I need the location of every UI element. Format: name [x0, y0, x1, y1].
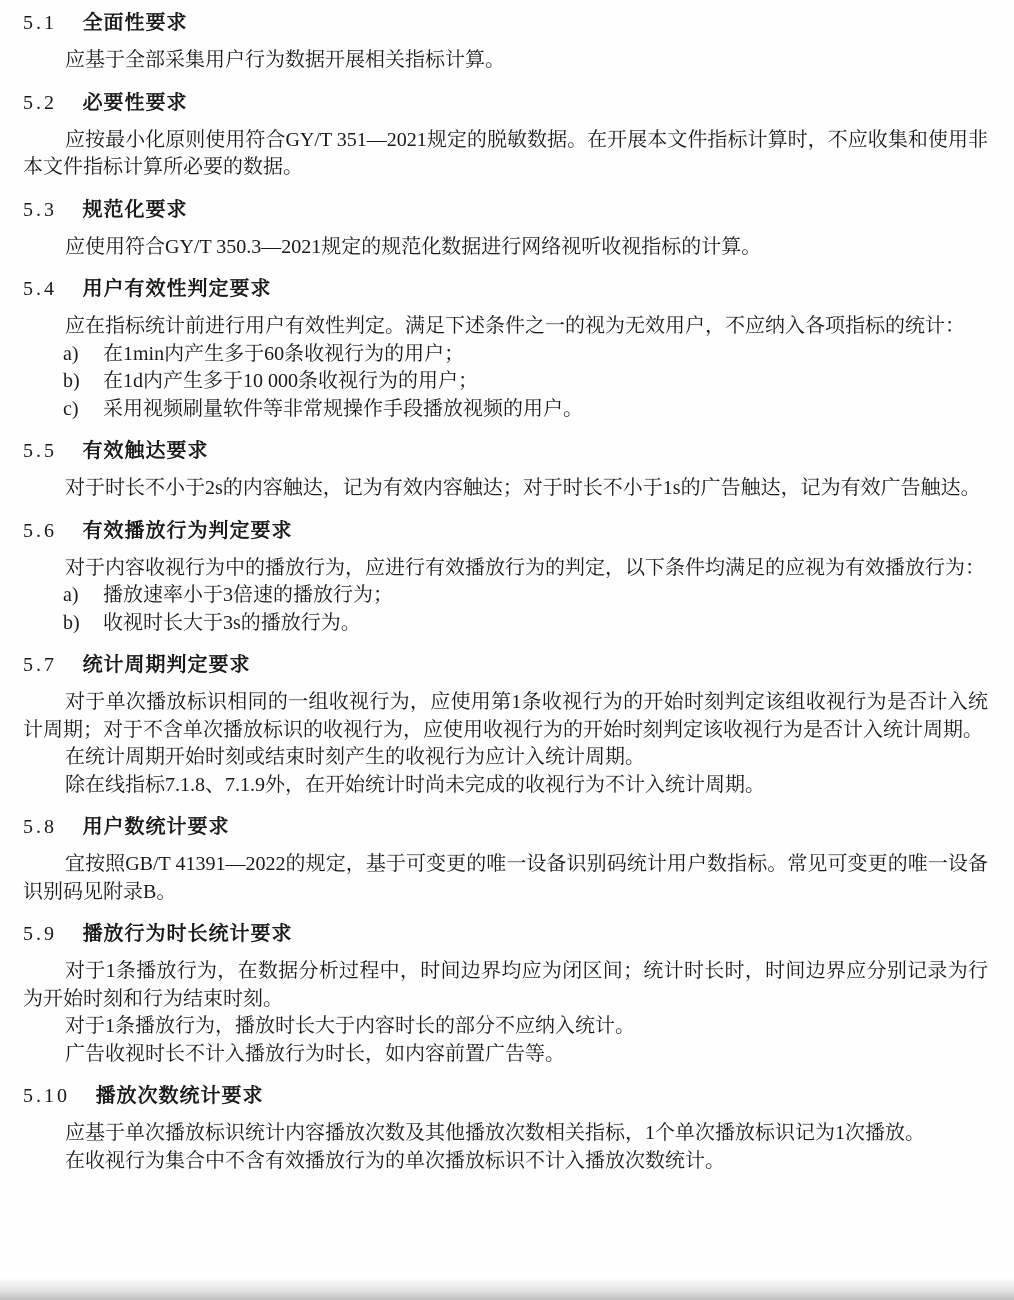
section-heading: 5.7 统计周期判定要求	[23, 652, 988, 678]
section-body: 应按最小化原则使用符合GY/T 351—2021规定的脱敏数据。在开展本文件指标…	[23, 127, 988, 182]
list-item-text: 采用视频刷量软件等非常规操作手段播放视频的用户。	[103, 396, 988, 424]
section-title: 规范化要求	[83, 199, 188, 221]
document-page: 5.1 全面性要求 应基于全部采集用户行为数据开展相关指标计算。 5.2 必要性…	[0, 0, 1014, 1300]
section: 5.5 有效触达要求 对于时长不小于2s的内容触达，记为有效内容触达；对于时长不…	[23, 438, 988, 503]
paragraph: 应按最小化原则使用符合GY/T 351—2021规定的脱敏数据。在开展本文件指标…	[23, 127, 988, 182]
list-item-marker: b)	[63, 610, 103, 638]
paragraph: 应基于单次播放标识统计内容播放次数及其他播放次数相关指标，1个单次播放标识记为1…	[23, 1120, 988, 1148]
section-number: 5.9	[23, 923, 57, 945]
clause-list: a) 播放速率小于3倍速的播放行为； b) 收视时长大于3s的播放行为。	[23, 582, 988, 637]
section-body: 应基于全部采集用户行为数据开展相关指标计算。	[23, 47, 988, 75]
section-number: 5.10	[23, 1085, 70, 1107]
section: 5.2 必要性要求 应按最小化原则使用符合GY/T 351—2021规定的脱敏数…	[23, 90, 988, 182]
section-heading: 5.6 有效播放行为判定要求	[23, 518, 988, 544]
section-heading: 5.2 必要性要求	[23, 90, 988, 116]
list-item: a) 播放速率小于3倍速的播放行为；	[23, 582, 988, 610]
paragraph: 在收视行为集合中不含有效播放行为的单次播放标识不计入播放次数统计。	[23, 1148, 988, 1176]
section-title: 全面性要求	[83, 12, 188, 34]
section-heading: 5.8 用户数统计要求	[23, 814, 988, 840]
section: 5.4 用户有效性判定要求 应在指标统计前进行用户有效性判定。满足下述条件之一的…	[23, 276, 988, 423]
section: 5.1 全面性要求 应基于全部采集用户行为数据开展相关指标计算。	[23, 10, 988, 75]
section-body: 对于单次播放标识相同的一组收视行为，应使用第1条收视行为的开始时刻判定该组收视行…	[23, 689, 988, 799]
list-item: b) 收视时长大于3s的播放行为。	[23, 610, 988, 638]
section-heading: 5.3 规范化要求	[23, 197, 988, 223]
paragraph: 对于1条播放行为，在数据分析过程中，时间边界均应为闭区间；统计时长时，时间边界应…	[23, 958, 988, 1013]
section-number: 5.5	[23, 440, 57, 462]
list-item: c) 采用视频刷量软件等非常规操作手段播放视频的用户。	[23, 396, 988, 424]
section-title: 用户有效性判定要求	[83, 278, 272, 300]
section-title: 必要性要求	[83, 92, 188, 114]
section-number: 5.2	[23, 92, 57, 114]
paragraph: 应在指标统计前进行用户有效性判定。满足下述条件之一的视为无效用户，不应纳入各项指…	[23, 313, 988, 341]
section-heading: 5.10 播放次数统计要求	[23, 1083, 988, 1109]
paragraph: 广告收视时长不计入播放行为时长，如内容前置广告等。	[23, 1041, 988, 1069]
section-number: 5.4	[23, 278, 57, 300]
section-heading: 5.4 用户有效性判定要求	[23, 276, 988, 302]
section-number: 5.1	[23, 12, 57, 34]
section-title: 有效触达要求	[83, 440, 209, 462]
section-body: 应使用符合GY/T 350.3—2021规定的规范化数据进行网络视听收视指标的计…	[23, 234, 988, 262]
section-body: 应基于单次播放标识统计内容播放次数及其他播放次数相关指标，1个单次播放标识记为1…	[23, 1120, 988, 1175]
section-body: 应在指标统计前进行用户有效性判定。满足下述条件之一的视为无效用户，不应纳入各项指…	[23, 313, 988, 423]
list-item-text: 播放速率小于3倍速的播放行为；	[103, 582, 988, 610]
section-title: 有效播放行为判定要求	[83, 520, 293, 542]
section: 5.8 用户数统计要求 宜按照GB/T 41391—2022的规定，基于可变更的…	[23, 814, 988, 906]
section: 5.6 有效播放行为判定要求 对于内容收视行为中的播放行为，应进行有效播放行为的…	[23, 518, 988, 638]
section-heading: 5.9 播放行为时长统计要求	[23, 921, 988, 947]
list-item: b) 在1d内产生多于10 000条收视行为的用户；	[23, 368, 988, 396]
paragraph: 应使用符合GY/T 350.3—2021规定的规范化数据进行网络视听收视指标的计…	[23, 234, 988, 262]
section-title: 统计周期判定要求	[83, 654, 251, 676]
section-title: 用户数统计要求	[83, 816, 230, 838]
section-title: 播放次数统计要求	[96, 1085, 264, 1107]
paragraph: 宜按照GB/T 41391—2022的规定，基于可变更的唯一设备识别码统计用户数…	[23, 851, 988, 906]
section-body: 宜按照GB/T 41391—2022的规定，基于可变更的唯一设备识别码统计用户数…	[23, 851, 988, 906]
list-item-text: 收视时长大于3s的播放行为。	[103, 610, 988, 638]
section-number: 5.6	[23, 520, 57, 542]
list-item: a) 在1min内产生多于60条收视行为的用户；	[23, 341, 988, 369]
section: 5.7 统计周期判定要求 对于单次播放标识相同的一组收视行为，应使用第1条收视行…	[23, 652, 988, 799]
paragraph: 在统计周期开始时刻或结束时刻产生的收视行为应计入统计周期。	[23, 744, 988, 772]
list-item-text: 在1min内产生多于60条收视行为的用户；	[103, 341, 988, 369]
section: 5.9 播放行为时长统计要求 对于1条播放行为，在数据分析过程中，时间边界均应为…	[23, 921, 988, 1068]
section-number: 5.7	[23, 654, 57, 676]
list-item-marker: b)	[63, 368, 103, 396]
paragraph: 应基于全部采集用户行为数据开展相关指标计算。	[23, 47, 988, 75]
paragraph: 除在线指标7.1.8、7.1.9外，在开始统计时尚未完成的收视行为不计入统计周期…	[23, 772, 988, 800]
document-body: 5.1 全面性要求 应基于全部采集用户行为数据开展相关指标计算。 5.2 必要性…	[0, 0, 1014, 1175]
section-heading: 5.1 全面性要求	[23, 10, 988, 36]
section-number: 5.3	[23, 199, 57, 221]
section-title: 播放行为时长统计要求	[83, 923, 293, 945]
section-number: 5.8	[23, 816, 57, 838]
page-bottom-shadow	[0, 1278, 1014, 1300]
section-heading: 5.5 有效触达要求	[23, 438, 988, 464]
list-item-marker: a)	[63, 341, 103, 369]
clause-list: a) 在1min内产生多于60条收视行为的用户； b) 在1d内产生多于10 0…	[23, 341, 988, 424]
paragraph: 对于内容收视行为中的播放行为，应进行有效播放行为的判定，以下条件均满足的应视为有…	[23, 555, 988, 583]
paragraph: 对于时长不小于2s的内容触达，记为有效内容触达；对于时长不小于1s的广告触达，记…	[23, 475, 988, 503]
section: 5.3 规范化要求 应使用符合GY/T 350.3—2021规定的规范化数据进行…	[23, 197, 988, 262]
paragraph: 对于1条播放行为，播放时长大于内容时长的部分不应纳入统计。	[23, 1013, 988, 1041]
section-body: 对于时长不小于2s的内容触达，记为有效内容触达；对于时长不小于1s的广告触达，记…	[23, 475, 988, 503]
section: 5.10 播放次数统计要求 应基于单次播放标识统计内容播放次数及其他播放次数相关…	[23, 1083, 988, 1175]
paragraph: 对于单次播放标识相同的一组收视行为，应使用第1条收视行为的开始时刻判定该组收视行…	[23, 689, 988, 744]
list-item-marker: c)	[63, 396, 103, 424]
section-body: 对于内容收视行为中的播放行为，应进行有效播放行为的判定，以下条件均满足的应视为有…	[23, 555, 988, 638]
section-body: 对于1条播放行为，在数据分析过程中，时间边界均应为闭区间；统计时长时，时间边界应…	[23, 958, 988, 1068]
list-item-marker: a)	[63, 582, 103, 610]
list-item-text: 在1d内产生多于10 000条收视行为的用户；	[103, 368, 988, 396]
